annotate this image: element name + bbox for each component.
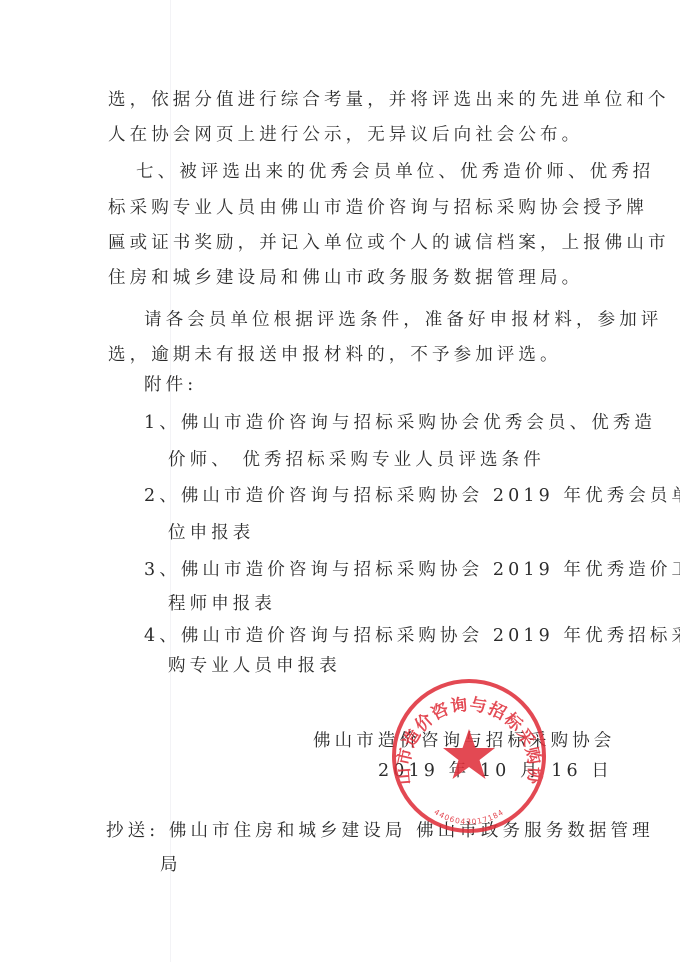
body-line: 人在协会网页上进行公示，无异议后向社会公布。: [108, 124, 583, 146]
cc-line-cont: 局: [160, 854, 182, 876]
body-line: 选，依据分值进行综合考量，并将评选出来的先进单位和个: [108, 89, 670, 111]
seal-icon: 佛山市造价咨询与招标采购协会 4406043017184: [390, 677, 548, 835]
attachments-label: 附件:: [144, 374, 197, 396]
body-line: 住房和城乡建设局和佛山市政务服务数据管理局。: [108, 267, 583, 289]
attachment-item-1-cont: 价师、 优秀招标采购专业人员评选条件: [168, 449, 545, 471]
closing-line: 请各会员单位根据评选条件，准备好申报材料，参加评: [144, 309, 662, 331]
body-line: 匾或证书奖励，并记入单位或个人的诚信档案，上报佛山市: [108, 232, 670, 254]
closing-line: 选，逾期未有报送申报材料的，不予参加评选。: [108, 344, 562, 366]
signature-date: 2019 年 10 月 16 日: [378, 760, 613, 782]
signature-org: 佛山市造价咨询与招标采购协会: [313, 730, 615, 752]
attachment-item-4: 4、佛山市造价咨询与招标采购协会 2019 年优秀招标采: [144, 625, 680, 647]
attachment-item-1: 1、佛山市造价咨询与招标采购协会优秀会员、优秀造: [144, 412, 656, 434]
attachment-item-2-cont: 位申报表: [168, 522, 254, 544]
attachment-item-2: 2、佛山市造价咨询与招标采购协会 2019 年优秀会员单: [144, 485, 680, 507]
body-line: 标采购专业人员由佛山市造价咨询与招标采购协会授予牌: [108, 197, 648, 219]
official-seal-stamp: 佛山市造价咨询与招标采购协会 4406043017184: [390, 677, 548, 835]
section-seven-line: 七、被评选出来的优秀会员单位、优秀造价师、优秀招: [136, 161, 654, 183]
cc-line: 抄送: 佛山市住房和城乡建设局 佛山市政务服务数据管理: [106, 820, 654, 842]
attachment-item-4-cont: 购专业人员申报表: [168, 655, 341, 677]
attachment-item-3-cont: 程师申报表: [168, 593, 276, 615]
attachment-item-3: 3、佛山市造价咨询与招标采购协会 2019 年优秀造价工: [144, 559, 680, 581]
